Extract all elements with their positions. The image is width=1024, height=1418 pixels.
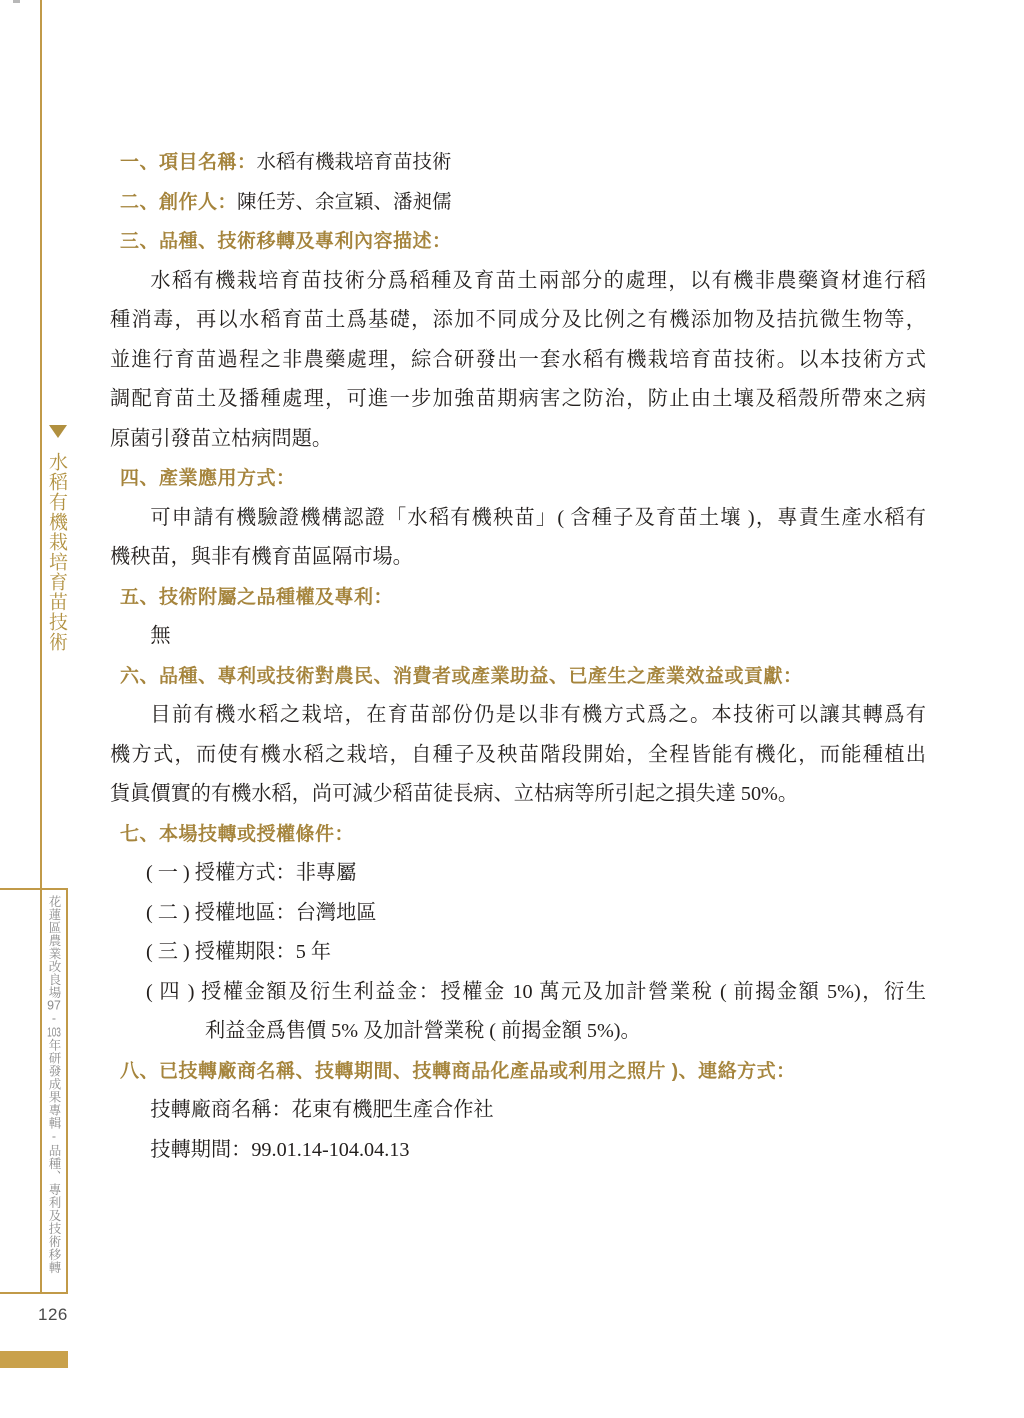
section-heading: 一、項目名稱：水稻有機栽培育苗技術 — [110, 143, 926, 183]
book-title-vertical: 花蓮區農業改良場97-103年研發成果專輯-品種、專利及技術移轉 — [45, 890, 63, 1292]
book-title-segment: 97 — [47, 999, 61, 1012]
section-heading: 二、創作人：陳任芳、余宣穎、潘昶儒 — [110, 183, 926, 223]
book-title-segment: 品種、專利及技術移轉 — [47, 1144, 61, 1274]
section-heading-label: 二、創作人： — [120, 192, 237, 213]
text-line: 水稻有機栽培育苗技術分爲稻種及育苗土兩部分的處理，以有機非農藥資材進行稻 — [110, 262, 926, 302]
text-line: 技轉廠商名稱：花東有機肥生產合作社 — [110, 1091, 926, 1131]
content: 一、項目名稱：水稻有機栽培育苗技術二、創作人：陳任芳、余宣穎、潘昶儒三、品種、技… — [110, 143, 926, 1170]
section-heading: 八、已技轉廠商名稱、技轉期間、技轉商品化產品或利用之照片 )、連絡方式： — [110, 1052, 926, 1092]
text-line: 可申請有機驗證機構認證「水稻有機秧苗」( 含種子及育苗土壤 )，專責生產水稻有 — [110, 499, 926, 539]
section-heading-label: 五、技術附屬之品種權及專利： — [120, 587, 393, 608]
page: 水稻有機栽培育苗技術 花蓮區農業改良場97-103年研發成果專輯-品種、專利及技… — [0, 0, 1024, 1418]
book-title-segment: 花蓮區農業改良場 — [47, 895, 61, 999]
section-heading-value: 陳任芳、余宣穎、潘昶儒 — [237, 192, 452, 213]
text-line: 貨眞價實的有機水稻，尚可減少稻苗徒長病、立枯病等所引起之損失達 50%。 — [110, 775, 926, 815]
section-heading-label: 七、本場技轉或授權條件： — [120, 824, 354, 845]
book-title-segment: 103 — [47, 1026, 61, 1039]
text-line: ( 三 ) 授權期限：5 年 — [110, 933, 926, 973]
section-heading-label: 六、品種、專利或技術對農民、消費者或產業助益、已產生之產業效益或貢獻： — [120, 666, 803, 687]
section-heading: 五、技術附屬之品種權及專利： — [110, 578, 926, 618]
book-title-segment: 年研發成果專輯 — [47, 1039, 61, 1130]
page-number: 126 — [38, 1305, 68, 1325]
print-mark — [13, 0, 20, 3]
section-heading: 三、品種、技術移轉及專利內容描述： — [110, 222, 926, 262]
text-line: 並進行育苗過程之非農藥處理，綜合研發出一套水稻有機栽培育苗技術。以本技術方式 — [110, 341, 926, 381]
text-line: ( 二 ) 授權地區：台灣地區 — [110, 894, 926, 934]
text-line: 技轉期間：99.01.14-104.04.13 — [110, 1131, 926, 1171]
section-heading-label: 四、產業應用方式： — [120, 468, 296, 489]
sidebar-vertical-rule — [40, 0, 42, 889]
text-line: ( 四 ) 授權金額及衍生利益金：授權金 10 萬元及加計營業稅 ( 前揭金額 … — [110, 973, 926, 1013]
text-line: ( 一 ) 授權方式：非專屬 — [110, 854, 926, 894]
chapter-title-vertical: 水稻有機栽培育苗技術 — [43, 452, 70, 672]
footer-bar — [0, 1351, 68, 1368]
section-heading: 四、產業應用方式： — [110, 459, 926, 499]
book-title-segment: - — [47, 1130, 61, 1145]
text-line: 利益金爲售價 5% 及加計營業稅 ( 前揭金額 5%)。 — [110, 1012, 926, 1052]
text-line: 無 — [110, 617, 926, 657]
book-title-segment: - — [47, 1012, 61, 1027]
text-line: 種消毒，再以水稻育苗土爲基礎，添加不同成分及比例之有機添加物及拮抗微生物等， — [110, 301, 926, 341]
text-line: 調配育苗土及播種處理，可進一步加強苗期病害之防治，防止由土壤及稻殼所帶來之病 — [110, 380, 926, 420]
text-line: 機方式，而使有機水稻之栽培，自種子及秧苗階段開始，全程皆能有機化，而能種植出 — [110, 736, 926, 776]
sidebar-tick-bottom — [0, 1292, 42, 1294]
section-heading-label: 八、已技轉廠商名稱、技轉期間、技轉商品化產品或利用之照片 )、連絡方式： — [120, 1061, 796, 1082]
section-heading: 七、本場技轉或授權條件： — [110, 815, 926, 855]
text-line: 機秧苗，與非有機育苗區隔市場。 — [110, 538, 926, 578]
book-title-box: 花蓮區農業改良場97-103年研發成果專輯-品種、專利及技術移轉 — [40, 888, 68, 1294]
sidebar-tick-top — [0, 888, 42, 890]
text-line: 目前有機水稻之栽培，在育苗部份仍是以非有機方式爲之。本技術可以讓其轉爲有 — [110, 696, 926, 736]
triangle-down-icon — [49, 425, 67, 438]
section-heading-label: 一、項目名稱： — [120, 152, 257, 173]
section-heading-value: 水稻有機栽培育苗技術 — [257, 152, 452, 173]
section-heading-label: 三、品種、技術移轉及專利內容描述： — [120, 231, 452, 252]
section-heading: 六、品種、專利或技術對農民、消費者或產業助益、已產生之產業效益或貢獻： — [110, 657, 926, 697]
text-line: 原菌引發苗立枯病問題。 — [110, 420, 926, 460]
